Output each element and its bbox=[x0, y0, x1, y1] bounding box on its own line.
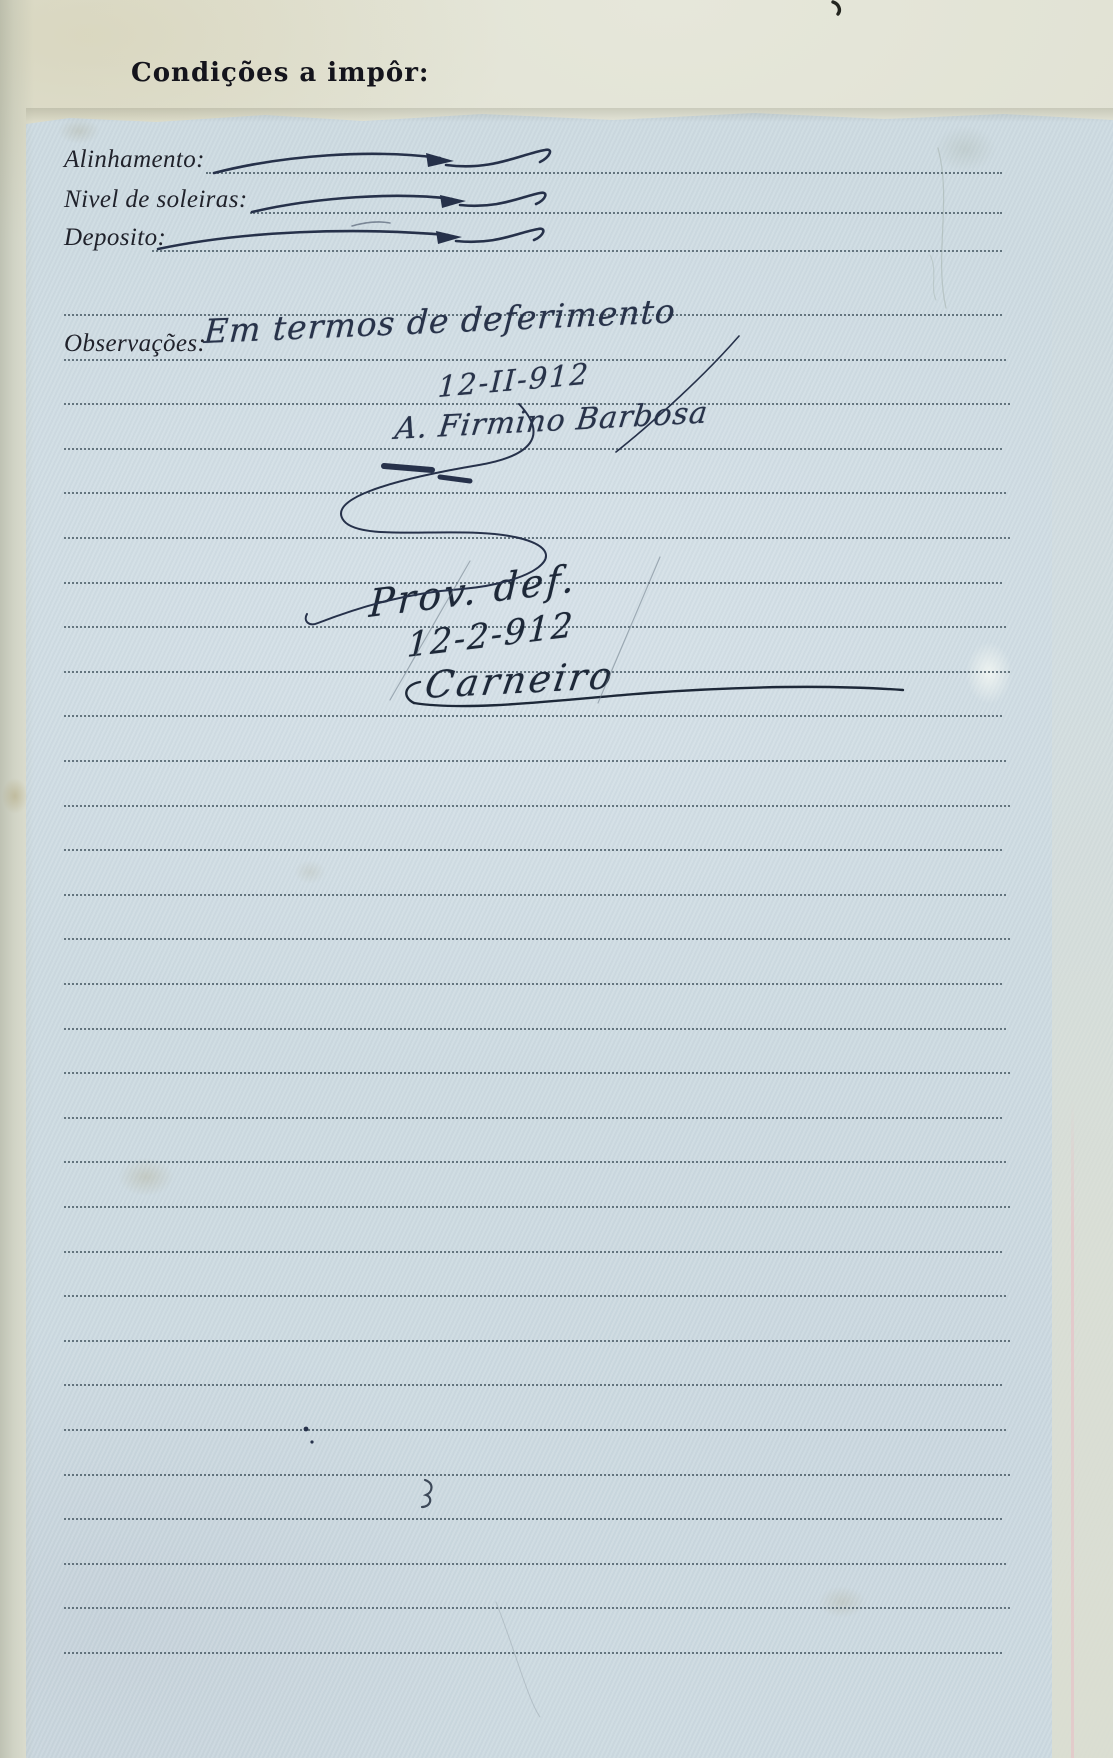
ruled-line bbox=[64, 1384, 1002, 1386]
ruled-line bbox=[64, 1518, 1002, 1520]
ruled-line bbox=[64, 1607, 1010, 1609]
field-label-alinhamento: Alinhamento: bbox=[64, 146, 205, 174]
ruled-line bbox=[64, 1161, 1006, 1163]
ruled-line bbox=[64, 1295, 1006, 1297]
page-right-edge bbox=[1052, 110, 1113, 1758]
ruled-line bbox=[64, 1028, 1006, 1030]
field-label-nivel-de-soleiras: Nivel de soleiras: bbox=[64, 186, 248, 214]
ruled-line bbox=[64, 760, 1006, 762]
paper-smudge bbox=[934, 126, 996, 172]
ruled-line bbox=[64, 894, 1006, 896]
sheet-top-edge-shadow bbox=[26, 108, 1113, 122]
ruled-line bbox=[64, 1072, 1010, 1074]
ruled-line bbox=[152, 250, 1002, 252]
ruled-line bbox=[64, 938, 1010, 940]
book-gutter-edge bbox=[0, 0, 34, 1758]
ruled-line bbox=[250, 212, 1002, 214]
ruled-line bbox=[64, 1474, 1010, 1476]
paper-stain bbox=[58, 118, 100, 144]
ruled-line bbox=[64, 715, 1002, 717]
ruled-line bbox=[64, 983, 1002, 985]
ruled-line bbox=[64, 1340, 1010, 1342]
ruled-line bbox=[64, 1206, 1010, 1208]
paper-stain bbox=[2, 778, 28, 814]
paper-stain bbox=[118, 1158, 174, 1196]
field-label-deposito: Deposito: bbox=[64, 224, 166, 252]
ruled-line bbox=[64, 1652, 1002, 1654]
paper-stain bbox=[818, 1586, 866, 1618]
scanned-document-page: Condições a impôr: Alinhamento: Nivel de… bbox=[0, 0, 1113, 1758]
ruled-line bbox=[64, 537, 1010, 539]
binding-thread-line bbox=[1071, 1100, 1074, 1758]
page-title: Condições a impôr: bbox=[131, 58, 430, 88]
ruled-line bbox=[206, 172, 1002, 174]
ruled-line bbox=[64, 1429, 1006, 1431]
ruled-line bbox=[64, 448, 1002, 450]
ruled-line bbox=[64, 1251, 1002, 1253]
paper-stain bbox=[294, 860, 326, 884]
ruled-line bbox=[64, 805, 1010, 807]
ruled-line bbox=[64, 849, 1002, 851]
ruled-line bbox=[64, 1117, 1002, 1119]
field-label-observacoes: Observações: bbox=[64, 330, 206, 358]
paper-flaw-spot bbox=[966, 642, 1012, 704]
ruled-line bbox=[64, 492, 1006, 494]
ruled-line bbox=[64, 1563, 1006, 1565]
